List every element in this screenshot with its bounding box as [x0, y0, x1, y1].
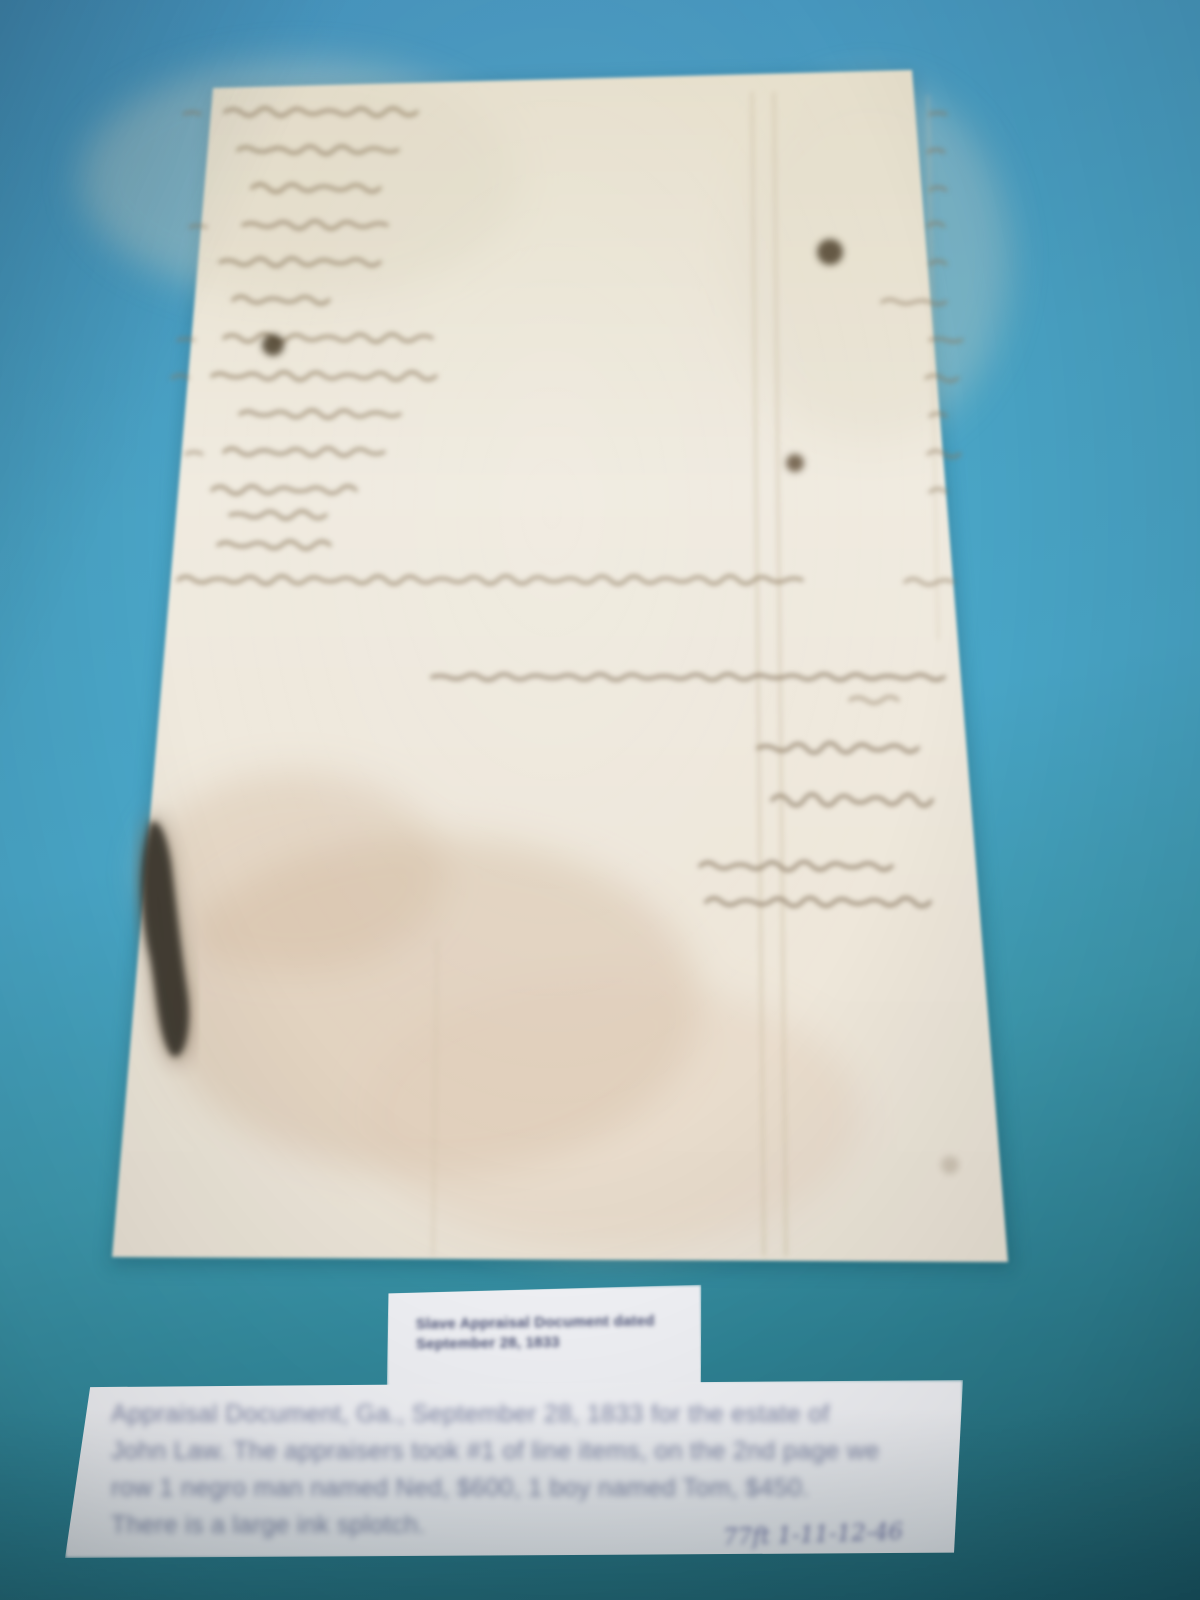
- ink-smudge: [941, 1156, 959, 1174]
- ink-dot: [786, 454, 804, 472]
- description-line: John Law. The appraisers took #1 of line…: [111, 1433, 879, 1470]
- description-line: row 1 negro man named Ned, $600, 1 boy n…: [111, 1470, 879, 1507]
- small-label-line2: September 28, 1833: [416, 1331, 655, 1354]
- description-line: Appraisal Document, Ga., September 28, 1…: [111, 1396, 879, 1433]
- small-label-line1: Slave Appraisal Document dated: [416, 1311, 655, 1334]
- photo-of-document-on-teal-fabric: Slave Appraisal Document dated September…: [0, 0, 1200, 1600]
- ink-dot: [817, 239, 843, 265]
- handwritten-catalog-number: 77ft 1-11-12-46: [723, 1519, 904, 1551]
- small-caption-label: Slave Appraisal Document dated September…: [385, 1285, 702, 1395]
- description-label: Appraisal Document, Ga., September 28, 1…: [65, 1380, 963, 1558]
- ink-dot: [262, 334, 284, 356]
